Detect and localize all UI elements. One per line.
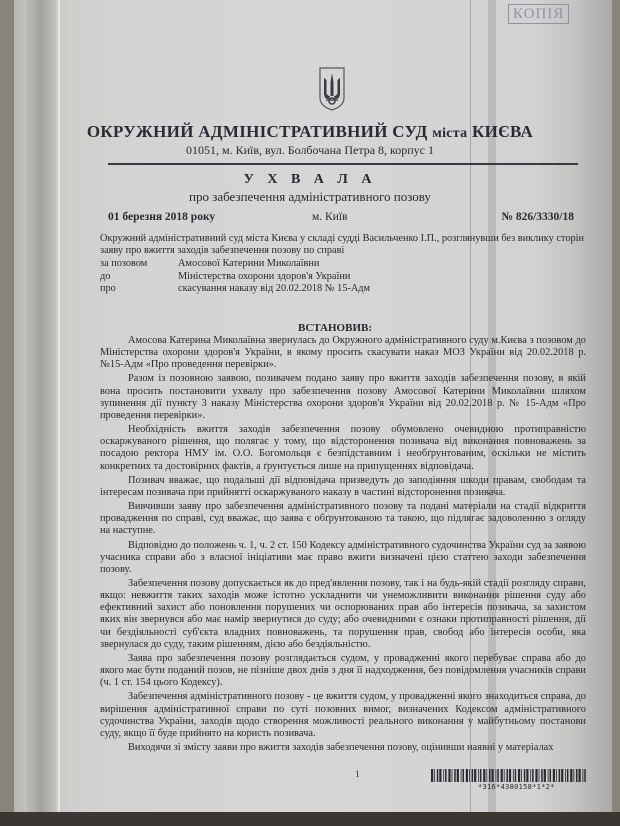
- body-paragraph: Виходячи зі змісту заяви про вжиття захо…: [100, 742, 586, 754]
- page-bottom-edge: [0, 812, 620, 826]
- body-paragraph: Вивчивши заяву про забезпечення адмініст…: [100, 501, 586, 537]
- document-body: Амосова Катерина Миколаївна звернулась д…: [100, 335, 586, 756]
- party-row-subject: про скасування наказу від 20.02.2018 № 1…: [100, 283, 370, 296]
- barcode-text: *316*4380158*1*2*: [478, 783, 555, 791]
- body-paragraph: Забезпечення позову допускається як до п…: [100, 578, 586, 651]
- header-divider: [108, 163, 578, 165]
- intro-paragraph: Окружний адміністративний суд міста Києв…: [100, 233, 584, 257]
- court-name: ОКРУЖНИЙ АДМІНІСТРАТИВНИЙ СУД міста КИЄВ…: [0, 122, 620, 142]
- case-number: № 826/3330/18: [501, 211, 574, 223]
- body-paragraph: Заява про забезпечення позову розглядаєт…: [100, 653, 586, 689]
- body-paragraph: Разом із позовною заявою, позивачем пода…: [100, 373, 586, 422]
- parties-table: за позовом Амосової Катерини Миколаївни …: [100, 258, 370, 296]
- body-paragraph: Відповідно до положень ч. 1, ч. 2 ст. 15…: [100, 540, 586, 576]
- document-date: 01 березня 2018 року: [108, 211, 215, 223]
- copy-stamp: КОПІЯ: [508, 4, 569, 24]
- page-number: 1: [355, 769, 360, 779]
- court-address: 01051, м. Київ, вул. Болбочана Петра 8, …: [0, 143, 620, 158]
- document-subject: про забезпечення адміністративного позов…: [0, 189, 620, 205]
- document-type: У Х В А Л А: [0, 172, 620, 188]
- body-paragraph: Забезпечення адміністративного позову - …: [100, 691, 586, 740]
- section-title: ВСТАНОВИВ:: [0, 322, 620, 334]
- ukraine-coat-of-arms-icon: [318, 66, 346, 112]
- body-paragraph: Позивач вважає, що подальші дії відповід…: [100, 475, 586, 499]
- party-row-plaintiff: за позовом Амосової Катерини Миколаївни: [100, 258, 370, 271]
- party-row-defendant: до Міністерства охорони здоров'я України: [100, 271, 370, 284]
- document-place: м. Київ: [312, 211, 347, 223]
- body-paragraph: Амосова Катерина Миколаївна звернулась д…: [100, 335, 586, 371]
- body-paragraph: Необхідність вжиття заходів забезпечення…: [100, 424, 586, 473]
- barcode-icon: [431, 769, 589, 782]
